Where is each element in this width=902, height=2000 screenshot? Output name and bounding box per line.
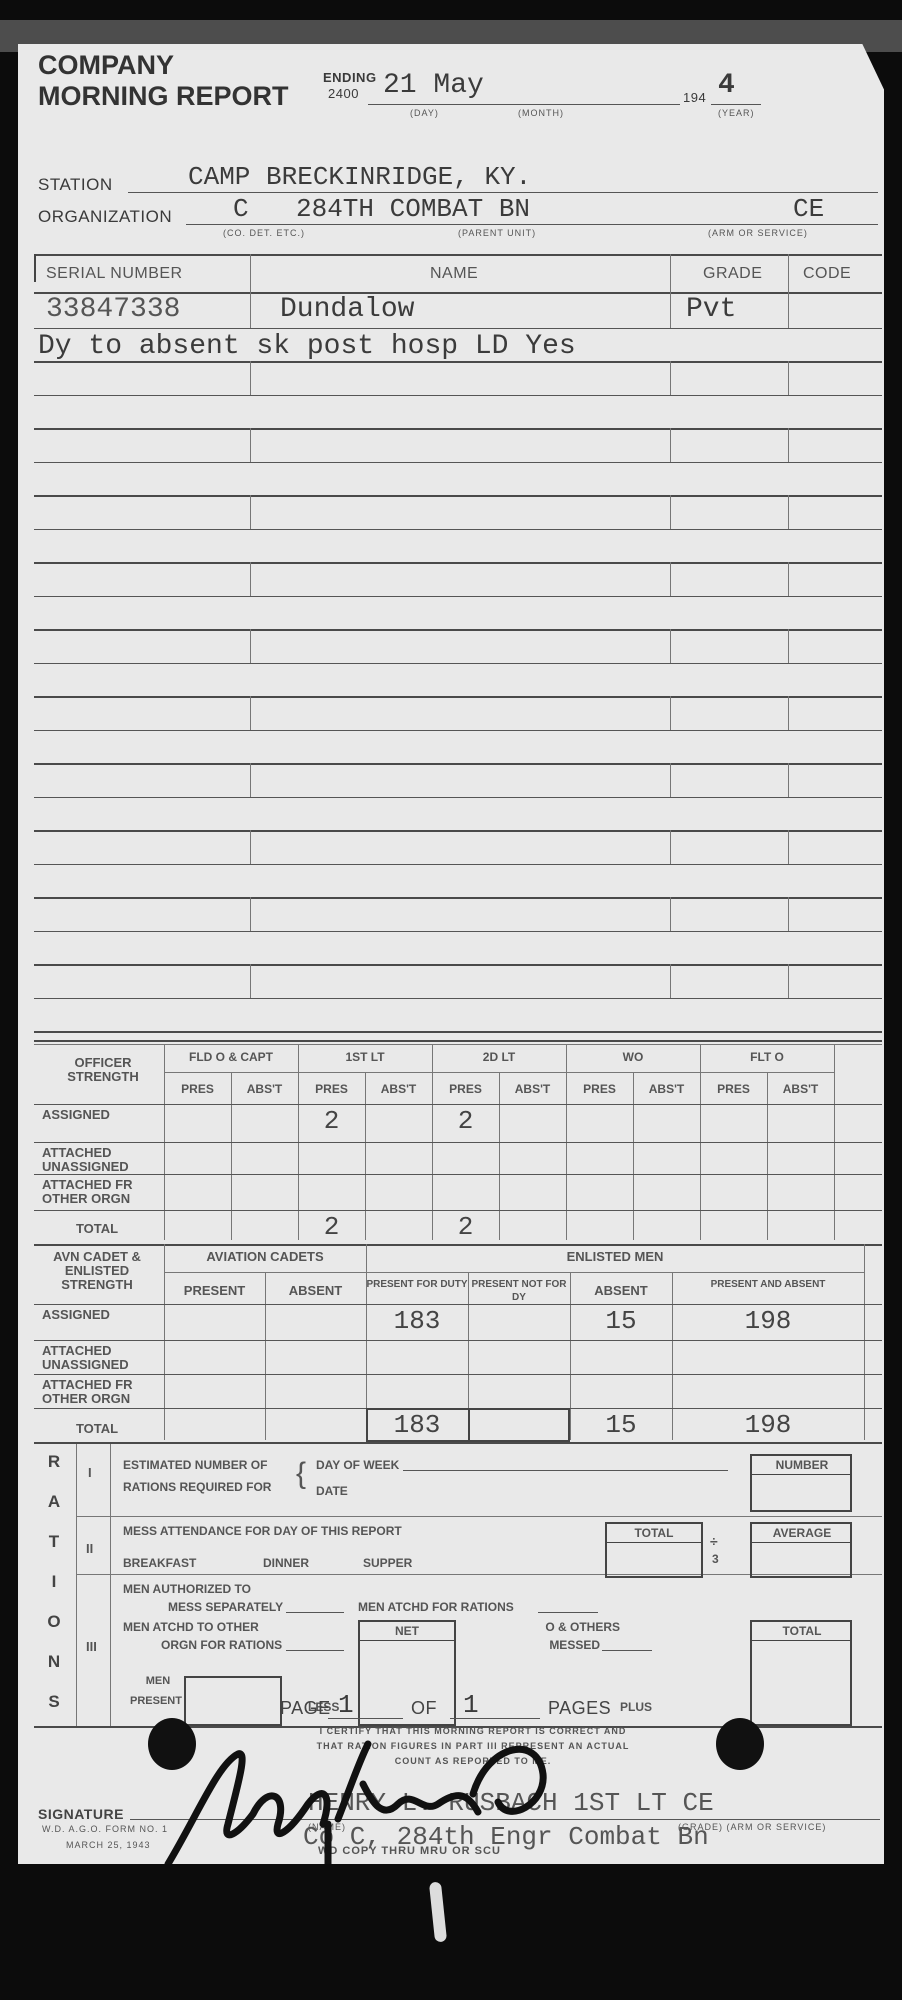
rations-side-letter: O <box>44 1612 64 1632</box>
officer-subcol-header: PRES <box>298 1082 365 1096</box>
enlisted-subcol-header: PRESENT AND ABSENT <box>672 1278 864 1291</box>
officer-cell: 2 <box>432 1106 499 1136</box>
officer-group-header: FLD O & CAPT <box>164 1050 298 1064</box>
year-prefix: 194 <box>683 90 706 105</box>
enlisted-cell: 198 <box>672 1306 864 1336</box>
section1-numeral: I <box>88 1466 92 1480</box>
men-atchd-other-line1: MEN ATCHD TO OTHER <box>123 1620 259 1634</box>
number-box-label: NUMBER <box>756 1458 848 1472</box>
men-atchd-rations-label: MEN ATCHD FOR RATIONS <box>358 1600 514 1614</box>
entry-serial: 33847338 <box>46 294 180 325</box>
enlisted-men-header: ENLISTED MEN <box>366 1250 864 1264</box>
officer-row-label: ATTACHED UNASSIGNED <box>42 1146 162 1174</box>
enlisted-row-label: ATTACHED FR OTHER ORGN <box>42 1378 162 1406</box>
officer-group-header: 1ST LT <box>298 1050 432 1064</box>
section1-line2: RATIONS REQUIRED FOR <box>123 1480 271 1494</box>
parent-caption: (PARENT UNIT) <box>458 228 536 238</box>
o-others-line1: O & OTHERS <box>510 1620 620 1634</box>
form-title-line2: MORNING REPORT <box>38 81 289 112</box>
officer-subcol-header: ABS'T <box>499 1082 566 1096</box>
enlisted-row-label: ASSIGNED <box>42 1308 162 1322</box>
entry-remark: Dy to absent sk post hosp LD Yes <box>38 331 576 362</box>
officer-subcol-header: ABS'T <box>633 1082 700 1096</box>
men-atchd-other-line2: ORGN FOR RATIONS <box>161 1638 282 1652</box>
report-date: 21 May <box>383 70 484 101</box>
film-speck <box>429 1882 447 1943</box>
men-authorized-line2: MESS SEPARATELY <box>168 1600 283 1614</box>
year-caption: (YEAR) <box>718 108 755 118</box>
station-value: CAMP BRECKINRIDGE, KY. <box>188 162 531 192</box>
punch-hole-right <box>716 1718 764 1770</box>
handwritten-signature <box>158 1724 638 1874</box>
officer-cell: 2 <box>432 1212 499 1242</box>
form-number: W.D. A.G.O. FORM NO. 1 <box>42 1824 168 1834</box>
enlisted-subcol-header: PRESENT FOR DUTY <box>366 1278 468 1291</box>
enlisted-subcol-header: ABSENT <box>265 1284 366 1298</box>
officer-subcol-header: ABS'T <box>767 1082 834 1096</box>
officer-cell: 2 <box>298 1106 365 1136</box>
station-label: STATION <box>38 175 113 195</box>
form-date: MARCH 25, 1943 <box>66 1840 151 1850</box>
o-others-line2: MESSED <box>510 1638 600 1652</box>
col-header-serial: SERIAL NUMBER <box>46 265 183 283</box>
date-label: DATE <box>316 1484 348 1498</box>
officer-subcol-header: PRES <box>700 1082 767 1096</box>
page-number: 1 <box>338 1690 354 1720</box>
supper-label: SUPPER <box>363 1556 412 1570</box>
enlisted-cell: 15 <box>570 1306 672 1336</box>
brace-icon: { <box>296 1454 306 1494</box>
col-header-grade: GRADE <box>703 265 762 283</box>
day-caption: (DAY) <box>410 108 439 118</box>
officer-row-label: ATTACHED FR OTHER ORGN <box>42 1178 162 1206</box>
men-present-box <box>184 1676 282 1726</box>
dinner-label: DINNER <box>263 1556 309 1570</box>
morning-report-form: COMPANY MORNING REPORT ENDING 2400 21 Ma… <box>18 44 884 1864</box>
officer-row-label: TOTAL <box>42 1222 152 1236</box>
organization-parent-unit: 284TH COMBAT BN <box>296 194 530 224</box>
col-header-name: NAME <box>430 265 478 283</box>
enlisted-subcol-header: ABSENT <box>570 1284 672 1298</box>
officer-strength-title: OFFICER STRENGTH <box>48 1056 158 1084</box>
officer-cell: 2 <box>298 1212 365 1242</box>
men-present-line2: PRESENT <box>126 1694 186 1708</box>
total-box-label: TOTAL <box>608 1526 700 1540</box>
company-caption: (CO. DET. ETC.) <box>223 228 305 238</box>
enlisted-subcol-header: PRESENT NOT FOR DY <box>468 1278 570 1304</box>
col-header-code: CODE <box>803 265 851 283</box>
enlisted-cell: 198 <box>672 1410 864 1440</box>
average-box-label: AVERAGE <box>754 1526 850 1540</box>
officer-subcol-header: ABS'T <box>365 1082 432 1096</box>
enlisted-cell: 15 <box>570 1410 672 1440</box>
enlisted-cell: 183 <box>366 1306 468 1336</box>
officer-subcol-header: PRES <box>432 1082 499 1096</box>
men-authorized-line1: MEN AUTHORIZED TO <box>123 1582 251 1596</box>
of-label: OF <box>411 1698 437 1719</box>
form-title-line1: COMPANY <box>38 50 174 81</box>
section2-numeral: II <box>86 1542 93 1556</box>
organization-label: ORGANIZATION <box>38 207 172 227</box>
divide-icon: ÷ <box>710 1534 718 1548</box>
ending-label: ENDING <box>323 70 377 85</box>
officer-row-label: ASSIGNED <box>42 1108 162 1122</box>
net-box-label: NET <box>360 1624 454 1638</box>
enlisted-subcol-header: PRESENT <box>164 1284 265 1298</box>
section1-line1: ESTIMATED NUMBER OF <box>123 1458 267 1472</box>
officer-group-header: 2D LT <box>432 1050 566 1064</box>
page-total: 1 <box>463 1690 479 1720</box>
officer-subcol-header: ABS'T <box>231 1082 298 1096</box>
arm-caption: (ARM OR SERVICE) <box>708 228 808 238</box>
ending-time: 2400 <box>328 86 359 101</box>
rations-side-letter: A <box>44 1492 64 1512</box>
rations-side-letter: S <box>44 1692 64 1712</box>
month-caption: (MONTH) <box>518 108 564 118</box>
officer-group-header: WO <box>566 1050 700 1064</box>
total-rations-label: TOTAL <box>754 1624 850 1638</box>
page-label: PAGE <box>280 1698 331 1719</box>
section3-numeral: III <box>86 1640 97 1654</box>
mess-attendance-heading: MESS ATTENDANCE FOR DAY OF THIS REPORT <box>123 1524 402 1538</box>
rations-side-letter: R <box>44 1452 64 1472</box>
signature-label: SIGNATURE <box>38 1806 124 1822</box>
officer-subcol-header: PRES <box>566 1082 633 1096</box>
year-value: 4 <box>718 70 735 101</box>
officer-group-header: FLT O <box>700 1050 834 1064</box>
aviation-cadets-header: AVIATION CADETS <box>164 1250 366 1264</box>
entry-grade: Pvt <box>686 294 736 325</box>
enlisted-row-label: TOTAL <box>42 1422 152 1436</box>
organization-arm-service: CE <box>793 194 824 224</box>
pages-label: PAGES <box>548 1698 611 1719</box>
enlisted-row-label: ATTACHED UNASSIGNED <box>42 1344 162 1372</box>
officer-subcol-header: PRES <box>164 1082 231 1096</box>
day-of-week-label: DAY OF WEEK <box>316 1458 399 1472</box>
men-present-line1: MEN <box>128 1674 188 1688</box>
rations-side-letter: I <box>44 1572 64 1592</box>
plus-label: PLUS <box>620 1700 652 1714</box>
breakfast-label: BREAKFAST <box>123 1556 196 1570</box>
rations-side-letter: N <box>44 1652 64 1672</box>
entry-name: Dundalow <box>280 294 414 325</box>
divisor-value: 3 <box>712 1552 719 1566</box>
organization-company: C <box>233 194 249 224</box>
enlisted-strength-title: AVN CADET & ENLISTED STRENGTH <box>42 1250 152 1292</box>
rations-side-letter: T <box>44 1532 64 1552</box>
